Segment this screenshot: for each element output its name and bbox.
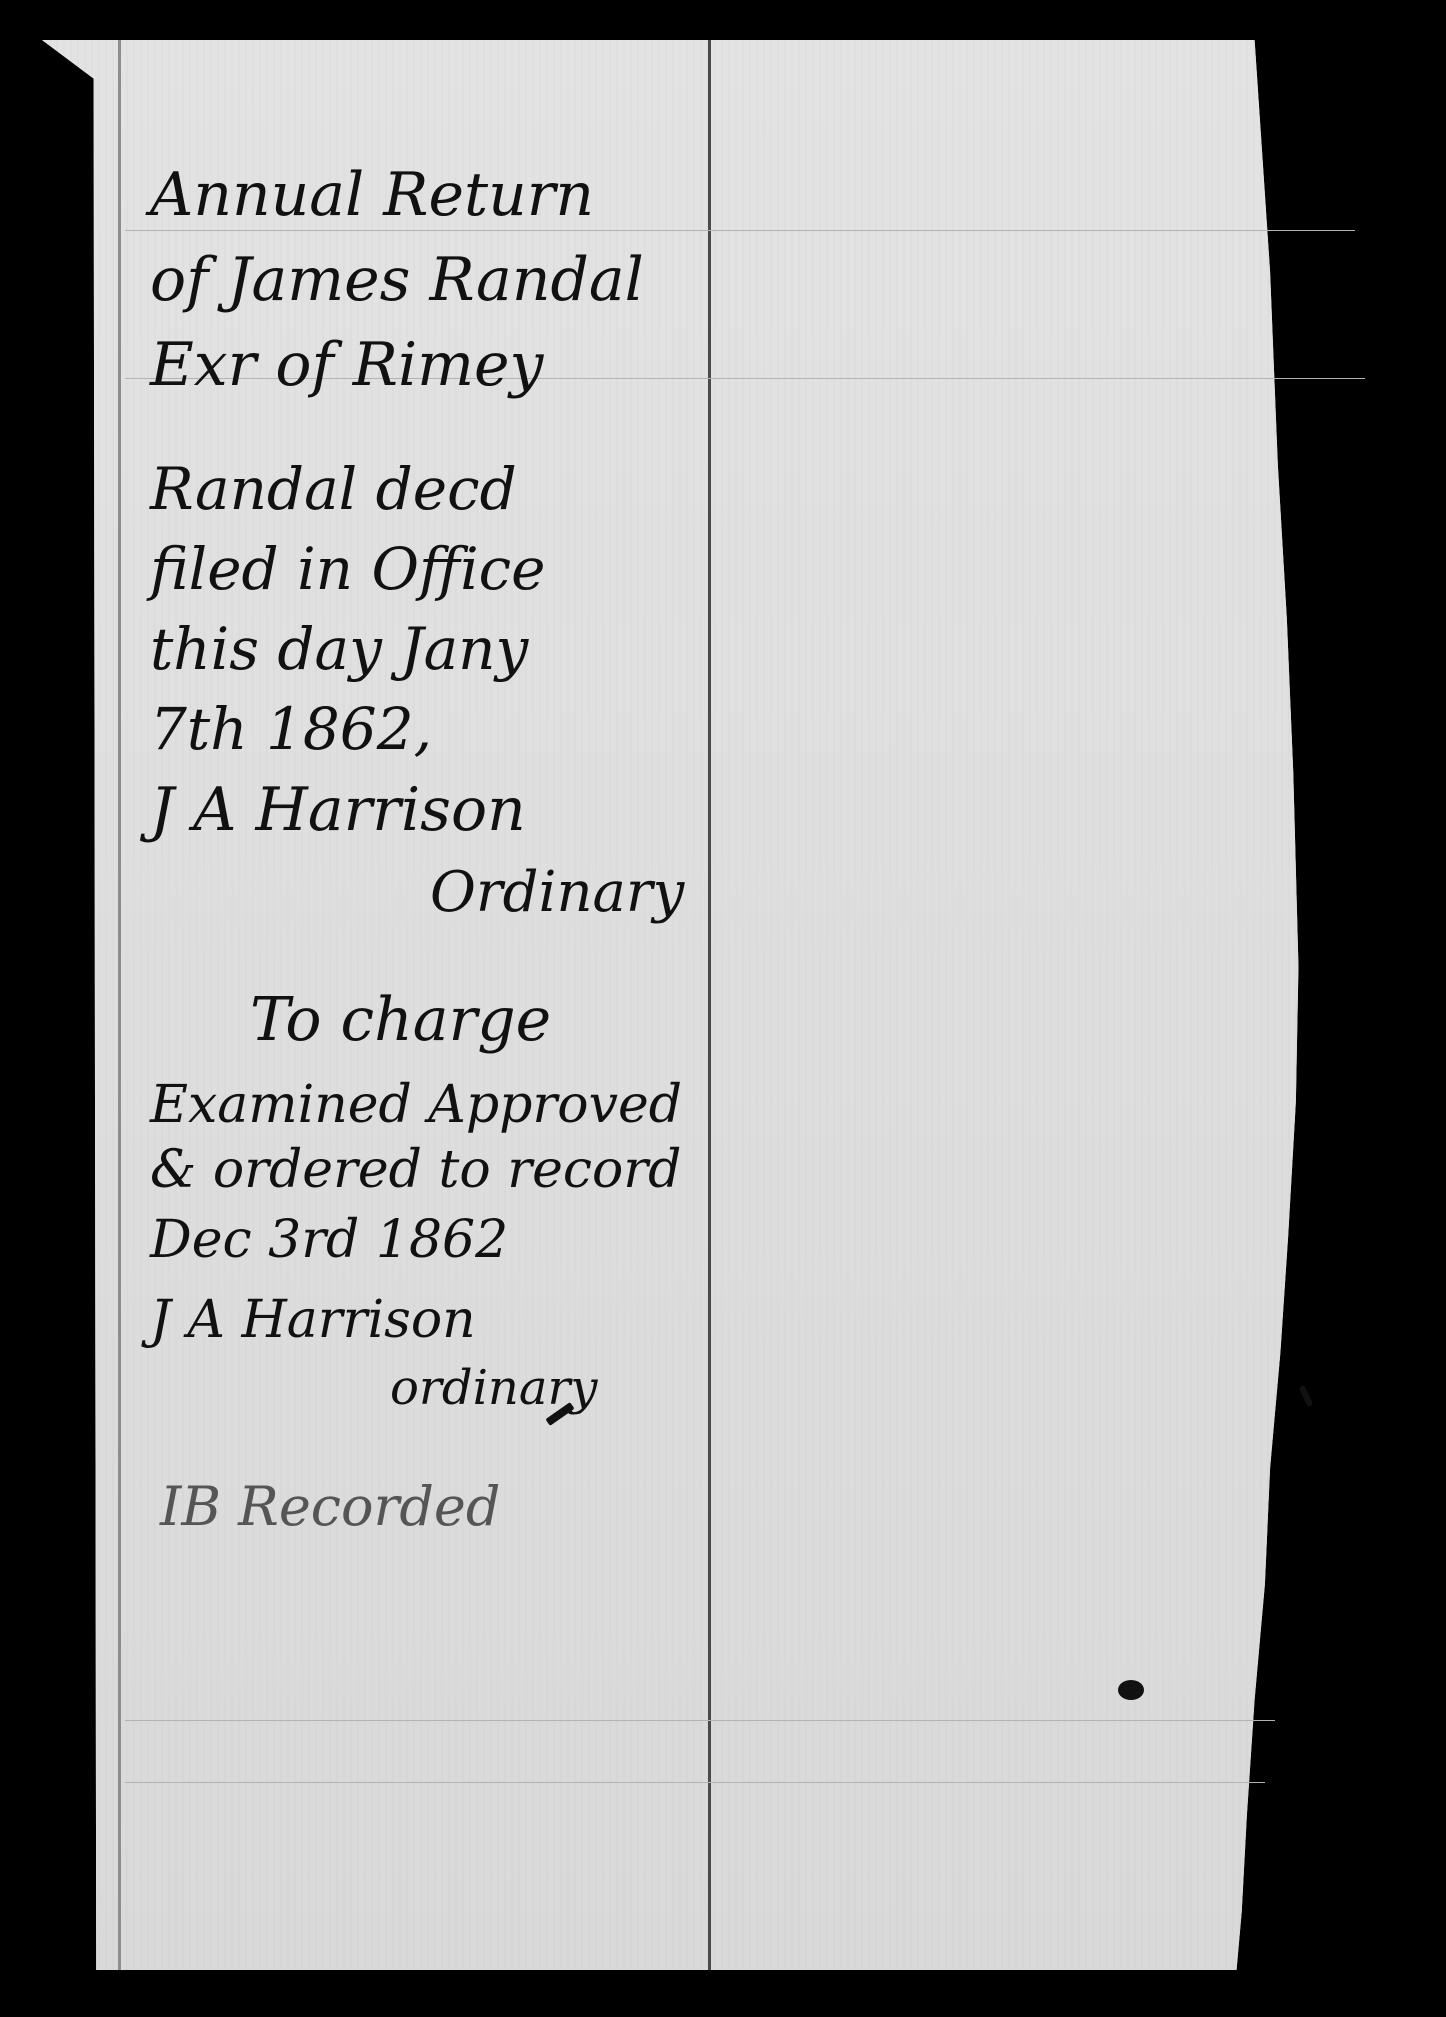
- handwritten-line: J A Harrison: [150, 1290, 476, 1350]
- handwritten-line: Ordinary: [430, 860, 684, 925]
- handwritten-line: Dec 3rd 1862: [150, 1210, 508, 1270]
- page-fold-line: [708, 40, 711, 1970]
- handwritten-line: this day Jany: [150, 615, 528, 683]
- handwritten-line: J A Harrison: [150, 775, 526, 845]
- handwritten-line: To charge: [250, 985, 551, 1055]
- handwritten-line: & ordered to record: [150, 1140, 681, 1200]
- handwritten-line: Annual Return: [150, 160, 594, 230]
- page-margin-line: [118, 40, 121, 1970]
- ruled-line: [125, 230, 1355, 231]
- handwritten-line: Examined Approved: [150, 1075, 682, 1135]
- handwritten-line: IB Recorded: [160, 1475, 500, 1538]
- handwritten-line: of James Randal: [150, 245, 644, 315]
- handwritten-line: filed in Office: [150, 535, 545, 603]
- ruled-line: [125, 1720, 1275, 1721]
- ink-mark: [1299, 1385, 1314, 1407]
- handwritten-line: Exr of Rimey: [150, 330, 543, 400]
- ink-blot: [1118, 1680, 1144, 1700]
- handwritten-line: 7th 1862,: [150, 695, 432, 763]
- ruled-line: [125, 1782, 1265, 1783]
- handwritten-line: Randal decd: [150, 455, 517, 523]
